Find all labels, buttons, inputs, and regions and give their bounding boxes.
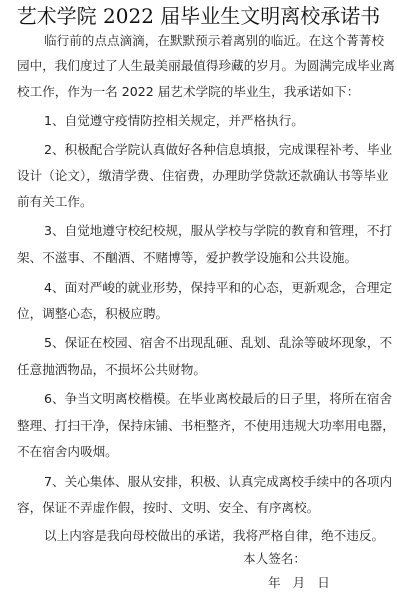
item-5-line: 任意抛洒物品，不损坏公共财物。 — [17, 362, 206, 378]
item-6-line: 不在宿舍内吸烟。 — [17, 444, 118, 460]
intro-line: 临行前的点点滴滴，在默默预示着离别的临近。在这个菁菁校 — [44, 33, 384, 49]
item-4-line: 位，调整心态，积极应聘。 — [17, 306, 168, 322]
document-title: 艺术学院 2022 届毕业生文明离校承诺书 — [0, 3, 397, 29]
item-6-line: 整理、打扫干净，保持床铺、书柜整齐，不使用违规大功率用电器， — [17, 418, 395, 434]
item-3-line: 架、不滋事、不酗酒、不赌博等，爱护教学设施和公共设施。 — [17, 250, 357, 266]
intro-line: 园中，我们度过了人生最美丽最值得珍藏的岁月。为圆满完成毕业离 — [17, 58, 395, 74]
item-4-line: 4、面对严峻的就业形势，保持平和的心态，更新观念，合理定 — [44, 280, 392, 296]
item-2-line: 设计（论文），缴清学费、住宿费，办理助学贷款还款确认书等毕业 — [17, 168, 389, 184]
item-2-line: 前有关工作。 — [17, 194, 93, 210]
item-3-line: 3、自觉地遵守校纪校规，服从学校与学院的教育和管理，不打 — [44, 223, 392, 239]
item-2-line: 2、积极配合学院认真做好各种信息填报，完成课程补考、毕业 — [44, 142, 392, 158]
date-label: 年 月 日 — [268, 575, 330, 591]
item-6-line: 6、争当文明离校楷模。在毕业离校最后的日子里，将所在宿舍 — [44, 391, 392, 407]
item-7-line: 7、关心集体、服从安排，积极、认真完成离校手续中的各项内 — [44, 474, 392, 490]
item-1-line: 1、自觉遵守疫情防控相关规定，并严格执行。 — [44, 113, 304, 129]
closing-statement: 以上内容是我向母校做出的承诺，我将严格自律，绝不违反。 — [44, 528, 384, 544]
intro-line: 校工作，作为一名 2022 届艺术学院的毕业生，我承诺如下： — [17, 84, 359, 100]
item-5-line: 5、保证在校园、宿舍不出现乱砸、乱划、乱涂等破坏现象，不 — [44, 335, 392, 351]
signature-label: 本人签名： — [243, 551, 306, 567]
item-7-line: 容，保证不弄虚作假，按时、文明、安全、有序离校。 — [17, 500, 319, 516]
